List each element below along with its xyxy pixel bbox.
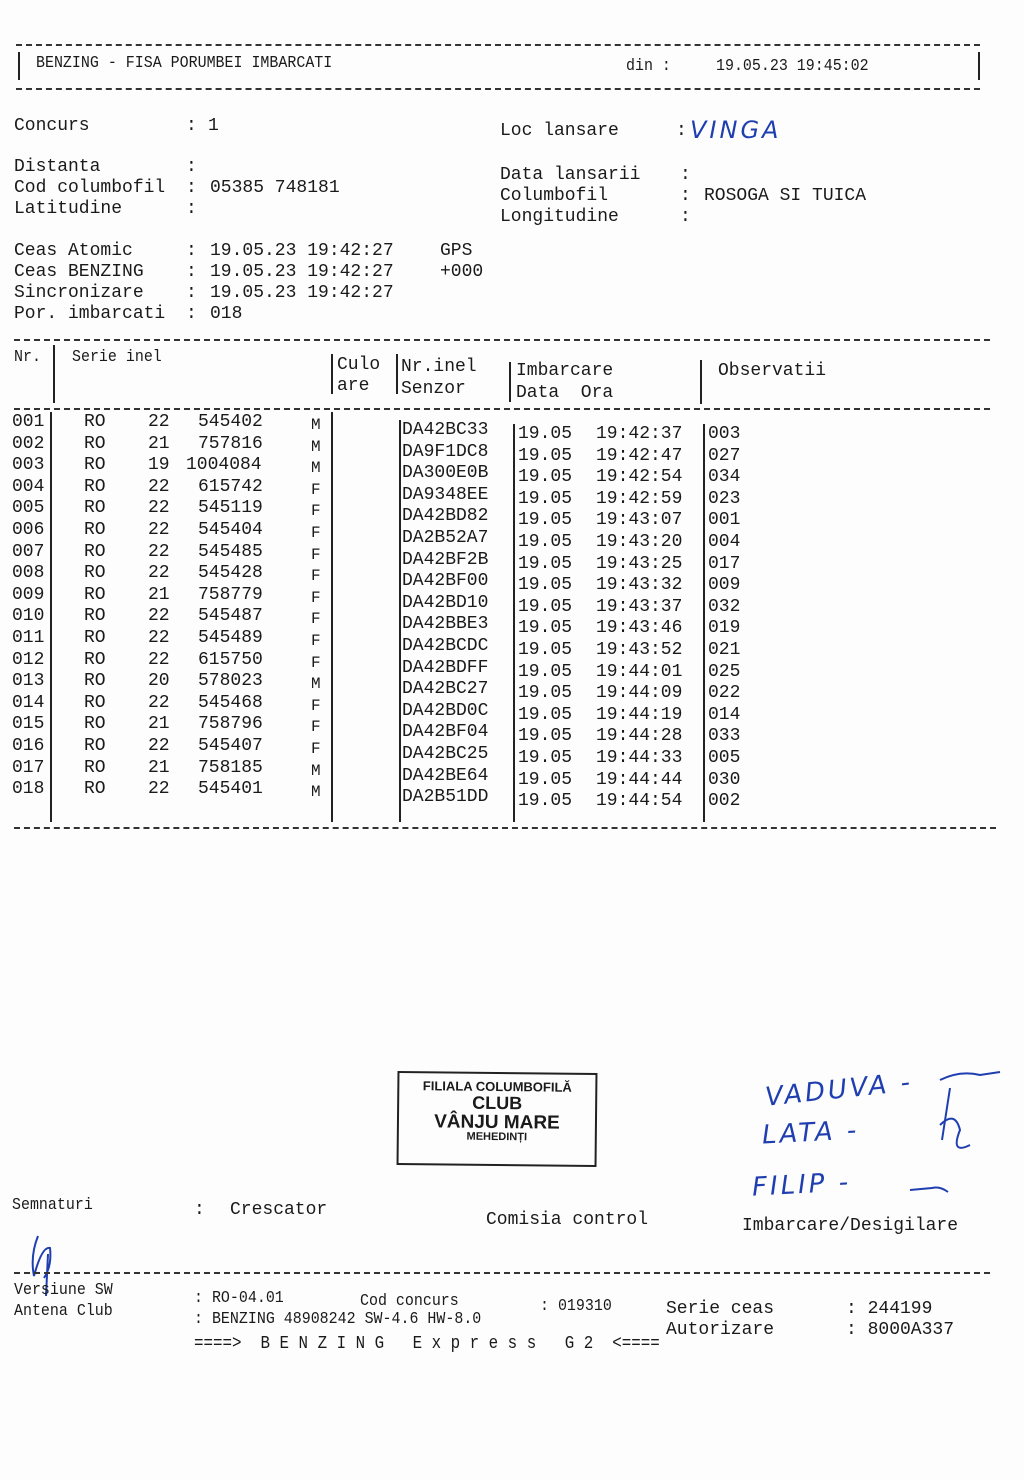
cell-ring-number: 758796 — [198, 714, 263, 734]
cell-date: 19.05 — [518, 554, 572, 574]
cell-sensor: DA42BC25 — [402, 744, 488, 764]
cell-observation: 003 — [708, 424, 740, 444]
cell-date: 19.05 — [518, 489, 572, 509]
cell-ring-number: 545404 — [198, 520, 263, 540]
header-imbarcare-1: Imbarcare — [516, 361, 613, 381]
cell-time: 19:44:54 — [596, 791, 682, 811]
cell-observation: 019 — [708, 618, 740, 638]
cell-sex: F — [311, 567, 321, 585]
cell-year: 22 — [148, 779, 170, 799]
versiune-sw-label: Versiune SW — [14, 1281, 113, 1300]
cell-sensor: DA42BC27 — [402, 679, 488, 699]
cell-country: RO — [84, 779, 106, 799]
col-divider — [399, 420, 401, 822]
cell-date: 19.05 — [518, 424, 572, 444]
cell-nr: 003 — [12, 455, 44, 475]
col-divider — [700, 360, 702, 404]
clock-label: Sincronizare — [14, 283, 144, 303]
cell-time: 19:42:59 — [596, 489, 682, 509]
header-culoare-2: are — [337, 376, 369, 396]
cell-sensor: DA42BD10 — [402, 593, 488, 613]
cell-time: 19:43:32 — [596, 575, 682, 595]
cell-nr: 015 — [12, 714, 44, 734]
cell-sensor: DA42BF00 — [402, 571, 488, 591]
stamp-line-2: CLUB — [399, 1093, 595, 1114]
cell-time: 19:44:01 — [596, 662, 682, 682]
cell-country: RO — [84, 606, 106, 626]
cell-date: 19.05 — [518, 532, 572, 552]
clock-value: 19.05.23 19:42:27 — [210, 241, 394, 261]
col-divider — [50, 412, 52, 822]
stamp-line-3: VÂNJU MARE — [399, 1112, 595, 1134]
document-title: BENZING - FISA PORUMBEI IMBARCATI — [36, 54, 332, 73]
cell-sex: F — [311, 632, 321, 650]
cell-observation: 005 — [708, 748, 740, 768]
cell-year: 21 — [148, 714, 170, 734]
header-nr: Nr. — [14, 348, 41, 367]
header-border-top — [16, 44, 980, 46]
cell-nr: 018 — [12, 779, 44, 799]
cell-nr: 017 — [12, 758, 44, 778]
cell-sex: F — [311, 524, 321, 542]
concurs-label: Concurs — [14, 116, 90, 136]
cell-sex: F — [311, 740, 321, 758]
colon: : — [186, 178, 197, 198]
cell-time: 19:43:07 — [596, 510, 682, 530]
autorizare-label: Autorizare — [666, 1320, 774, 1340]
cell-country: RO — [84, 671, 106, 691]
cod-columbofil-label: Cod columbofil — [14, 178, 165, 198]
semnaturi-label: Semnaturi — [12, 1196, 93, 1215]
clock-label: Ceas Atomic — [14, 241, 133, 261]
cell-observation: 002 — [708, 791, 740, 811]
benzing-banner: ====> B E N Z I N G E x p r e s s G 2 <=… — [194, 1334, 660, 1354]
cell-observation: 023 — [708, 489, 740, 509]
cell-country: RO — [84, 736, 106, 756]
cell-sex: F — [311, 546, 321, 564]
cod-concurs-value: : 019310 — [540, 1297, 612, 1316]
cell-country: RO — [84, 693, 106, 713]
header-observatii: Observatii — [718, 361, 826, 381]
table-border-bottom — [14, 827, 996, 829]
cell-year: 22 — [148, 606, 170, 626]
cell-time: 19:44:44 — [596, 770, 682, 790]
cell-observation: 022 — [708, 683, 740, 703]
cell-country: RO — [84, 477, 106, 497]
cell-observation: 021 — [708, 640, 740, 660]
cell-date: 19.05 — [518, 467, 572, 487]
loc-lansare-handwritten: VINGA — [690, 116, 781, 144]
cell-year: 22 — [148, 628, 170, 648]
cell-nr: 006 — [12, 520, 44, 540]
cell-nr: 007 — [12, 542, 44, 562]
cell-ring-number: 545407 — [198, 736, 263, 756]
header-serie-inel: Serie inel — [72, 348, 162, 367]
cell-sensor: DA42BE64 — [402, 766, 488, 786]
cell-time: 19:44:09 — [596, 683, 682, 703]
cell-nr: 010 — [12, 606, 44, 626]
cell-nr: 012 — [12, 650, 44, 670]
cell-time: 19:44:28 — [596, 726, 682, 746]
cell-date: 19.05 — [518, 705, 572, 725]
cell-sex: F — [311, 654, 321, 672]
cell-observation: 027 — [708, 446, 740, 466]
cell-nr: 002 — [12, 434, 44, 454]
cell-date: 19.05 — [518, 662, 572, 682]
cell-country: RO — [84, 563, 106, 583]
header-imbarcare-2: Data Ora — [516, 383, 613, 403]
versiune-sw-value: : RO-04.01 — [194, 1289, 284, 1308]
handwritten-name-3: FILIP - — [751, 1167, 852, 1202]
cell-ring-number: 545402 — [198, 412, 263, 432]
cell-sex: F — [311, 481, 321, 499]
stamp-line-4: MEHEDINȚI — [399, 1131, 595, 1145]
antena-club-label: Antena Club — [14, 1302, 113, 1321]
col-divider — [396, 354, 398, 394]
header-border-left — [18, 52, 20, 80]
cell-sensor: DA42BDFF — [402, 658, 488, 678]
cell-sex: M — [311, 762, 321, 780]
comisia-control-label: Comisia control — [486, 1210, 648, 1230]
table-border-top — [14, 339, 990, 341]
latitudine-label: Latitudine — [14, 199, 122, 219]
cell-nr: 013 — [12, 671, 44, 691]
cell-observation: 025 — [708, 662, 740, 682]
col-divider — [513, 424, 515, 822]
cell-ring-number: 545401 — [198, 779, 263, 799]
col-divider — [509, 362, 511, 402]
clock-value: 19.05.23 19:42:27 — [210, 283, 394, 303]
cell-time: 19:43:20 — [596, 532, 682, 552]
col-divider — [703, 424, 705, 822]
cell-country: RO — [84, 542, 106, 562]
cell-sensor: DA9348EE — [402, 485, 488, 505]
cell-sensor: DA300E0B — [402, 463, 488, 483]
colon: : — [680, 207, 691, 227]
footer-divider — [14, 1272, 990, 1274]
col-divider — [331, 354, 333, 394]
cell-nr: 001 — [12, 412, 44, 432]
clock-value: 018 — [210, 304, 242, 324]
cell-ring-number: 1004084 — [186, 455, 262, 475]
cell-sensor: DA42BD0C — [402, 701, 488, 721]
cell-year: 19 — [148, 455, 170, 475]
concurs-value: 1 — [208, 116, 219, 136]
serie-ceas-value: : 244199 — [846, 1299, 932, 1319]
issue-date-value: 19.05.23 19:45:02 — [716, 57, 869, 76]
cell-sex: M — [311, 438, 321, 456]
colon: : — [186, 304, 197, 324]
columbofil-label: Columbofil — [500, 186, 608, 206]
cell-date: 19.05 — [518, 770, 572, 790]
cell-sex: F — [311, 610, 321, 628]
cell-country: RO — [84, 412, 106, 432]
cell-observation: 017 — [708, 554, 740, 574]
cell-time: 19:42:54 — [596, 467, 682, 487]
cell-country: RO — [84, 714, 106, 734]
cell-nr: 011 — [12, 628, 44, 648]
cell-sensor: DA42BF04 — [402, 722, 488, 742]
cell-ring-number: 545487 — [198, 606, 263, 626]
cell-year: 22 — [148, 412, 170, 432]
col-divider — [331, 412, 333, 822]
handwritten-name-2: LATA - — [761, 1115, 860, 1150]
cell-sensor: DA42BC33 — [402, 420, 488, 440]
club-stamp: FILIALA COLUMBOFILĂ CLUB VÂNJU MARE MEHE… — [397, 1071, 598, 1167]
cell-observation: 033 — [708, 726, 740, 746]
distanta-label: Distanta — [14, 157, 100, 177]
cell-sex: M — [311, 675, 321, 693]
cell-year: 20 — [148, 671, 170, 691]
cell-ring-number: 758185 — [198, 758, 263, 778]
header-senzor-1: Nr.inel — [401, 357, 477, 377]
cell-date: 19.05 — [518, 618, 572, 638]
loc-lansare-label: Loc lansare — [500, 121, 619, 141]
cell-ring-number: 545119 — [198, 498, 263, 518]
cell-country: RO — [84, 455, 106, 475]
colon: : — [186, 199, 197, 219]
colon: : — [680, 165, 691, 185]
cell-date: 19.05 — [518, 446, 572, 466]
signature-scribbles — [870, 1060, 1020, 1220]
cell-year: 22 — [148, 520, 170, 540]
cell-ring-number: 545428 — [198, 563, 263, 583]
colon: : — [194, 1200, 205, 1220]
cell-sensor: DA42BF2B — [402, 550, 488, 570]
cell-sex: F — [311, 589, 321, 607]
cell-observation: 001 — [708, 510, 740, 530]
cod-concurs-label: Cod concurs — [360, 1292, 459, 1311]
colon: : — [186, 241, 197, 261]
cell-observation: 014 — [708, 705, 740, 725]
cell-nr: 009 — [12, 585, 44, 605]
cell-time: 19:42:37 — [596, 424, 682, 444]
cell-date: 19.05 — [518, 640, 572, 660]
issue-date-label: din : — [626, 57, 671, 76]
clock-value: 19.05.23 19:42:27 — [210, 262, 394, 282]
clock-suffix: +000 — [440, 262, 483, 282]
cell-country: RO — [84, 520, 106, 540]
cell-ring-number: 545485 — [198, 542, 263, 562]
colon: : — [186, 283, 197, 303]
cell-sex: M — [311, 416, 321, 434]
clock-suffix: GPS — [440, 241, 472, 261]
cell-sensor: DA42BBE3 — [402, 614, 488, 634]
longitudine-label: Longitudine — [500, 207, 619, 227]
cell-observation: 034 — [708, 467, 740, 487]
cell-nr: 008 — [12, 563, 44, 583]
cod-columbofil-value: 05385 748181 — [210, 178, 340, 198]
cell-year: 22 — [148, 650, 170, 670]
cell-time: 19:43:37 — [596, 597, 682, 617]
cell-observation: 009 — [708, 575, 740, 595]
cell-ring-number: 757816 — [198, 434, 263, 454]
cell-ring-number: 758779 — [198, 585, 263, 605]
cell-ring-number: 615750 — [198, 650, 263, 670]
cell-year: 22 — [148, 477, 170, 497]
cell-date: 19.05 — [518, 748, 572, 768]
colon: : — [676, 121, 687, 141]
cell-year: 21 — [148, 585, 170, 605]
cell-sensor: DA42BCDC — [402, 636, 488, 656]
data-lansarii-label: Data lansarii — [500, 165, 640, 185]
cell-year: 21 — [148, 434, 170, 454]
cell-nr: 016 — [12, 736, 44, 756]
header-border-bottom — [16, 88, 980, 90]
cell-sex: M — [311, 783, 321, 801]
cell-year: 22 — [148, 542, 170, 562]
cell-sensor: DA2B51DD — [402, 787, 488, 807]
col-divider — [53, 345, 55, 403]
colon: : — [680, 186, 691, 206]
cell-sensor: DA42BD82 — [402, 506, 488, 526]
cell-country: RO — [84, 758, 106, 778]
imbarcare-desigilare-label: Imbarcare/Desigilare — [742, 1216, 958, 1236]
cell-date: 19.05 — [518, 791, 572, 811]
cell-time: 19:42:47 — [596, 446, 682, 466]
cell-country: RO — [84, 498, 106, 518]
cell-time: 19:43:46 — [596, 618, 682, 638]
cell-sensor: DA2B52A7 — [402, 528, 488, 548]
cell-country: RO — [84, 434, 106, 454]
cell-observation: 004 — [708, 532, 740, 552]
cell-country: RO — [84, 650, 106, 670]
cell-sex: F — [311, 502, 321, 520]
colon: : — [186, 116, 208, 136]
cell-nr: 014 — [12, 693, 44, 713]
cell-ring-number: 578023 — [198, 671, 263, 691]
cell-year: 22 — [148, 736, 170, 756]
cell-ring-number: 615742 — [198, 477, 263, 497]
autorizare-value: : 8000A337 — [846, 1320, 954, 1340]
cell-date: 19.05 — [518, 597, 572, 617]
cell-ring-number: 545489 — [198, 628, 263, 648]
cell-year: 22 — [148, 563, 170, 583]
cell-observation: 032 — [708, 597, 740, 617]
cell-country: RO — [84, 585, 106, 605]
header-culoare-1: Culo — [337, 355, 380, 375]
colon: : — [186, 262, 197, 282]
cell-date: 19.05 — [518, 510, 572, 530]
cell-observation: 030 — [708, 770, 740, 790]
cell-date: 19.05 — [518, 575, 572, 595]
cell-year: 22 — [148, 693, 170, 713]
cell-date: 19.05 — [518, 683, 572, 703]
cell-country: RO — [84, 628, 106, 648]
cell-nr: 004 — [12, 477, 44, 497]
cell-year: 22 — [148, 498, 170, 518]
cell-time: 19:43:25 — [596, 554, 682, 574]
serie-ceas-label: Serie ceas — [666, 1299, 774, 1319]
table-header-border-bottom — [14, 408, 990, 410]
cell-ring-number: 545468 — [198, 693, 263, 713]
header-border-right — [978, 52, 980, 80]
cell-time: 19:44:33 — [596, 748, 682, 768]
columbofil-value: ROSOGA SI TUICA — [704, 186, 866, 206]
crescator-label: Crescator — [230, 1200, 327, 1220]
clock-label: Por. imbarcati — [14, 304, 165, 324]
header-senzor-2: Senzor — [401, 379, 466, 399]
antena-club-value: : BENZING 48908242 SW-4.6 HW-8.0 — [194, 1310, 481, 1329]
cell-year: 21 — [148, 758, 170, 778]
cell-sex: M — [311, 459, 321, 477]
cell-sensor: DA9F1DC8 — [402, 442, 488, 462]
colon: : — [186, 157, 197, 177]
cell-sex: F — [311, 697, 321, 715]
cell-time: 19:44:19 — [596, 705, 682, 725]
clock-label: Ceas BENZING — [14, 262, 144, 282]
cell-nr: 005 — [12, 498, 44, 518]
cell-sex: F — [311, 718, 321, 736]
cell-time: 19:43:52 — [596, 640, 682, 660]
cell-date: 19.05 — [518, 726, 572, 746]
